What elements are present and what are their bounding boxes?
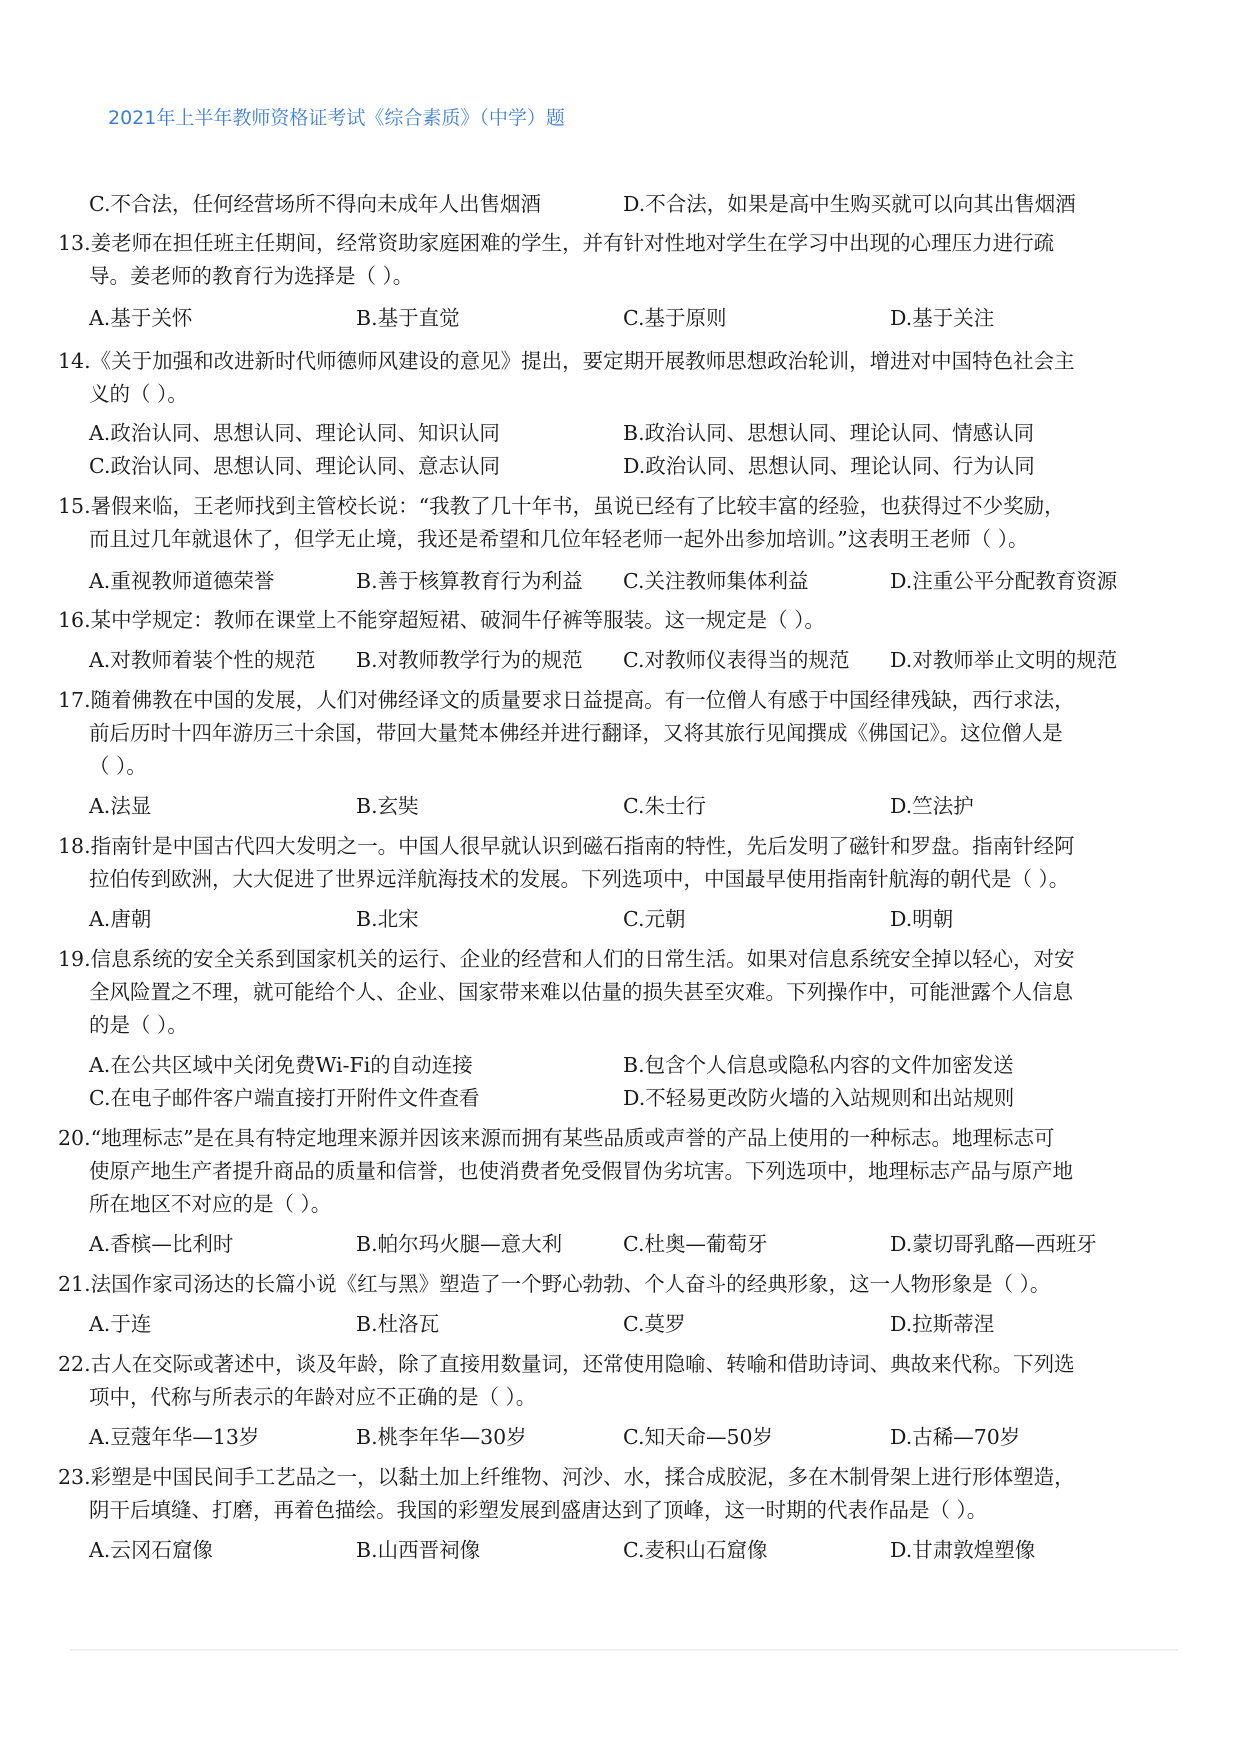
question-22-stem-cont: 项中，代称与所表示的年龄对应不正确的是（ ）。: [89, 1384, 536, 1410]
question-13-stem: 13.姜老师在担任班主任期间，经常资助家庭困难的学生，并有针对性地对学生在学习中…: [58, 230, 1054, 256]
option-b-q21: B.杜洛瓦: [356, 1311, 439, 1337]
question-21-stem: 21.法国作家司汤达的长篇小说《红与黑》塑造了一个野心勃勃、个人奋斗的经典形象，…: [58, 1271, 1050, 1297]
option-c-q19: C.在电子邮件客户端直接打开附件文件查看: [89, 1085, 479, 1111]
option-c-q21: C.莫罗: [623, 1311, 685, 1337]
option-d-q19: D.不轻易更改防火墙的入站规则和出站规则: [623, 1085, 1014, 1111]
option-a-q18: A.唐朝: [89, 906, 151, 932]
option-b-q19: B.包含个人信息或隐私内容的文件加密发送: [623, 1052, 1014, 1078]
option-a-q20: A.香槟—比利时: [89, 1231, 233, 1257]
option-d-q14: D.政治认同、思想认同、理论认同、行为认同: [623, 453, 1035, 479]
question-23-stem: 23.彩塑是中国民间手工艺品之一，以黏土加上纤维物、河沙、水，揉合成胶泥，多在木…: [58, 1464, 1075, 1490]
option-b-q17: B.玄奘: [356, 793, 419, 819]
question-16-stem: 16.某中学规定：教师在课堂上不能穿超短裙、破洞牛仔裤等服装。这一规定是（ ）。: [58, 607, 825, 633]
question-13-stem-cont: 导。姜老师的教育行为选择是（ ）。: [89, 263, 413, 289]
question-19-stem: 19.信息系统的安全关系到国家机关的运行、企业的经营和人们的日常生活。如果对信息…: [58, 946, 1075, 972]
option-b-q16: B.对教师教学行为的规范: [356, 647, 583, 673]
question-23-stem-cont: 阴干后填缝、打磨，再着色描绘。我国的彩塑发展到盛唐达到了顶峰，这一时期的代表作品…: [89, 1497, 987, 1523]
question-14-stem: 14.《关于加强和改进新时代师德师风建设的意见》提出，要定期开展教师思想政治轮训…: [58, 348, 1075, 374]
option-a-q22: A.豆蔻年华—13岁: [89, 1424, 259, 1450]
option-a-q23: A.云冈石窟像: [89, 1537, 213, 1563]
question-22-stem: 22.古人在交际或著述中，谈及年龄，除了直接用数量词，还常使用隐喻、转喻和借助诗…: [58, 1351, 1075, 1377]
question-15-stem-cont: 而且过几年就退休了，但学无止境，我还是希望和几位年轻老师一起外出参加培训。”这表…: [89, 526, 1029, 552]
question-17-stem-cont-2: （ ）。: [89, 753, 147, 779]
option-d-q20: D.蒙切哥乳酪—西班牙: [890, 1231, 1097, 1257]
option-d-q22: D.古稀—70岁: [890, 1424, 1020, 1450]
question-17-stem-cont-1: 前后历时十四年游历三十余国，带回大量梵本佛经并进行翻译，又将其旅行见闻撰成《佛国…: [89, 720, 1063, 746]
option-d-q12: D.不合法，如果是高中生购买就可以向其出售烟酒: [623, 191, 1076, 217]
option-b-q13: B.基于直觉: [356, 305, 460, 331]
question-20-stem-cont-2: 所在地区不对应的是（ ）。: [89, 1191, 331, 1217]
option-b-q20: B.帕尔玛火腿—意大利: [356, 1231, 562, 1257]
question-14-stem-cont: 义的（ ）。: [89, 381, 188, 407]
option-d-q17: D.竺法护: [890, 793, 974, 819]
option-d-q21: D.拉斯蒂涅: [890, 1311, 994, 1337]
option-d-q23: D.甘肃敦煌塑像: [890, 1537, 1035, 1563]
question-17-stem: 17.随着佛教在中国的发展，人们对佛经译文的质量要求日益提高。有一位僧人有感于中…: [58, 687, 1075, 713]
option-b-q23: B.山西晋祠像: [356, 1537, 480, 1563]
option-a-q16: A.对教师着装个性的规范: [89, 647, 315, 673]
option-c-q17: C.朱士行: [623, 793, 706, 819]
option-c-q20: C.杜奥—葡萄牙: [623, 1231, 767, 1257]
option-b-q14: B.政治认同、思想认同、理论认同、情感认同: [623, 420, 1034, 446]
question-20-stem-cont-1: 使原产地生产者提升商品的质量和信誉，也使消费者免受假冒伪劣坑害。下列选项中，地理…: [89, 1158, 1073, 1184]
option-d-q15: D.注重公平分配教育资源: [890, 568, 1117, 594]
option-c-q13: C.基于原则: [623, 305, 726, 331]
option-b-q18: B.北宋: [356, 906, 419, 932]
option-c-q12: C.不合法，任何经营场所不得向未成年人出售烟酒: [89, 191, 541, 217]
question-18-stem: 18.指南针是中国古代四大发明之一。中国人很早就认识到磁石指南的特性，先后发明了…: [58, 833, 1075, 859]
option-a-q14: A.政治认同、思想认同、理论认同、知识认同: [89, 420, 500, 446]
question-15-stem: 15.暑假来临，王老师找到主管校长说：“我教了几十年书，虽说已经有了比较丰富的经…: [58, 493, 1065, 519]
option-d-q18: D.明朝: [890, 906, 953, 932]
question-19-stem-cont-2: 的是（ ）。: [89, 1012, 188, 1038]
option-c-q18: C.元朝: [623, 906, 685, 932]
option-a-q13: A.基于关怀: [89, 305, 192, 331]
option-b-q22: B.桃李年华—30岁: [356, 1424, 527, 1450]
option-a-q17: A.法显: [89, 793, 151, 819]
option-c-q23: C.麦积山石窟像: [623, 1537, 767, 1563]
option-d-q16: D.对教师举止文明的规范: [890, 647, 1117, 673]
page-footer-divider: [70, 1649, 1178, 1651]
option-a-q21: A.于连: [89, 1311, 151, 1337]
option-a-q15: A.重视教师道德荣誉: [89, 568, 274, 594]
option-a-q19: A.在公共区域中关闭免费Wi-Fi的自动连接: [89, 1052, 473, 1078]
document-title: 2021年上半年教师资格证考试《综合素质》（中学）题: [108, 103, 565, 130]
option-c-q15: C.关注教师集体利益: [623, 568, 808, 594]
option-c-q14: C.政治认同、思想认同、理论认同、意志认同: [89, 453, 500, 479]
option-c-q16: C.对教师仪表得当的规范: [623, 647, 849, 673]
question-19-stem-cont-1: 全风险置之不理，就可能给个人、企业、国家带来难以估量的损失甚至灾难。下列操作中，…: [89, 979, 1073, 1005]
option-c-q22: C.知天命—50岁: [623, 1424, 773, 1450]
question-20-stem: 20.“地理标志”是在具有特定地理来源并因该来源而拥有某些品质或声誉的产品上使用…: [58, 1125, 1055, 1151]
question-18-stem-cont: 拉伯传到欧洲，大大促进了世界远洋航海技术的发展。下列选项中，中国最早使用指南针航…: [89, 866, 1069, 892]
option-b-q15: B.善于核算教育行为利益: [356, 568, 583, 594]
option-d-q13: D.基于关注: [890, 305, 994, 331]
